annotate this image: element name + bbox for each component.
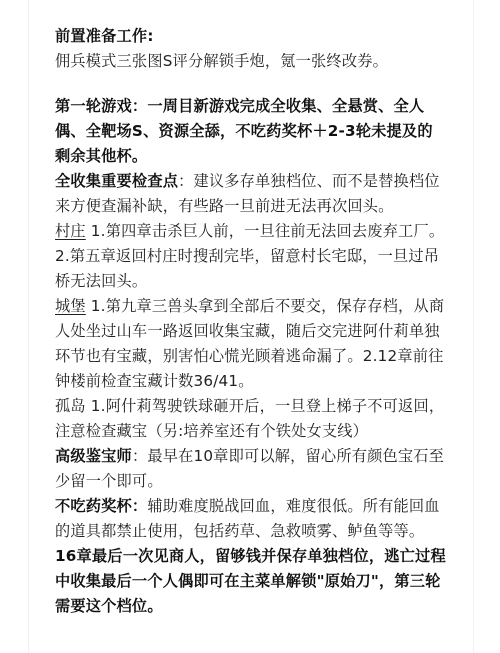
- collection-label: 全收集重要检查点: [55, 172, 178, 190]
- document-content: 前置准备工作: 佣兵模式三张图S评分解锁手炮，氪一张终改券。 第一轮游戏：一周目…: [55, 24, 447, 619]
- no-heal-label: 不吃药奖杯：: [55, 497, 147, 515]
- round1-text: 第一轮游戏：一周目新游戏完成全收集、全悬赏、全人偶、全靶场S、资源全舔，不吃药奖…: [55, 94, 447, 169]
- village-text: 1.第四章击杀巨人前，一旦往前无法回去废弃工厂。2.第五章返回村庄时搜刮完毕，留…: [55, 222, 444, 290]
- no-heal-paragraph: 不吃药奖杯：辅助难度脱战回血，难度很低。所有能回血的道具都禁止使用，包括药草、急…: [55, 494, 447, 544]
- prep-text: 佣兵模式三张图S评分解锁手炮，氪一张终改券。: [55, 49, 447, 74]
- final-text: 16章最后一次见商人，留够钱并保存单独档位，逃亡过程中收集最后一个人偶即可在主菜…: [55, 544, 447, 619]
- appraiser-label: 高级鉴宝师: [55, 447, 132, 465]
- collection-paragraph: 全收集重要检查点：建议多存单独档位、而不是替换档位来方便查漏补缺，有些路一旦前进…: [55, 169, 447, 219]
- castle-text: 1.第九章三兽头拿到全部后不要交，保存存档，从商人处坐过山车一路返回收集宝藏，随…: [55, 297, 444, 390]
- village-label: 村庄: [55, 222, 86, 240]
- castle-paragraph: 城堡 1.第九章三兽头拿到全部后不要交，保存存档，从商人处坐过山车一路返回收集宝…: [55, 294, 447, 394]
- castle-label: 城堡: [55, 297, 86, 315]
- prep-heading: 前置准备工作:: [55, 24, 447, 49]
- appraiser-paragraph: 高级鉴宝师：最早在10章即可以解，留心所有颜色宝石至少留一个即可。: [55, 444, 447, 494]
- island-text: 孤岛 1.阿什莉驾驶铁球砸开后，一旦登上梯子不可返回，注意检查藏宝（另:培养室还…: [55, 394, 447, 444]
- village-paragraph: 村庄 1.第四章击杀巨人前，一旦往前无法回去废弃工厂。2.第五章返回村庄时搜刮完…: [55, 219, 447, 294]
